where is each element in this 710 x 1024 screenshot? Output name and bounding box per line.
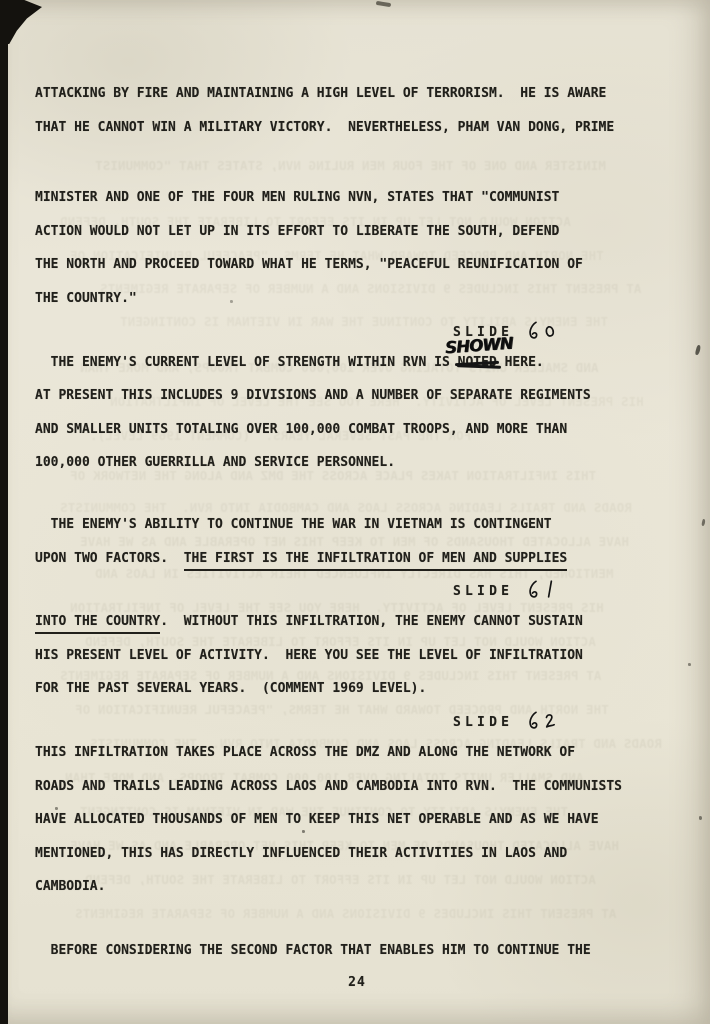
typed-text: THE COUNTRY." [35,291,137,306]
paragraph: THIS INFILTRATION TAKES PLACE ACROSS THE… [35,745,635,913]
typed-text: THE NORTH AND PROCEED TOWARD WHAT HE TER… [35,257,583,272]
typed-text: THAT HE CANNOT WIN A MILITARY VICTORY. N… [35,120,614,135]
typed-text: UPON TWO FACTORS. [35,551,184,566]
typed-text: . WITHOUT THIS INFILTRATION, THE ENEMY C… [160,614,583,629]
handwritten-slide-number [525,315,560,345]
text-line: ROADS AND TRAILS LEADING ACROSS LAOS AND… [35,779,635,813]
typed-text: HAVE ALLOCATED THOUSANDS OF MEN TO KEEP … [35,812,599,827]
text-line: 100,000 OTHER GUERRILLA AND SERVICE PERS… [35,455,635,489]
typed-text: ACTION WOULD NOT LET UP IN ITS EFFORT TO… [35,224,559,239]
typed-text: HERE. [497,355,544,370]
text-line: AT PRESENT THIS INCLUDES 9 DIVISIONS AND… [35,388,635,422]
typed-text: CAMBODIA. [35,879,105,894]
text-line: AND SMALLER UNITS TOTALING OVER 100,000 … [35,422,635,456]
typed-text: THIS INFILTRATION TAKES PLACE ACROSS THE… [35,745,575,760]
slide-annotation: SLIDE [35,707,635,745]
text-line: HAVE ALLOCATED THOUSANDS OF MEN TO KEEP … [35,812,635,846]
handwritten-digit [541,705,560,734]
text-line: ATTACKING BY FIRE AND MAINTAINING A HIGH… [35,86,635,120]
text-line: INTO THE COUNTRY. WITHOUT THIS INFILTRAT… [35,614,635,648]
paragraph: THE ENEMY'S ABILITY TO CONTINUE THE WAR … [35,517,635,584]
text-line: THE ENEMY'S ABILITY TO CONTINUE THE WAR … [35,517,635,551]
typewritten-text-block: ATTACKING BY FIRE AND MAINTAINING A HIGH… [35,86,635,976]
typed-text: ROADS AND TRAILS LEADING ACROSS LAOS AND… [35,779,622,794]
typed-text: HIS PRESENT LEVEL OF ACTIVITY. HERE YOU … [35,648,583,663]
stray-pen-mark [230,300,233,303]
blank-line [35,913,635,943]
text-line: CAMBODIA. [35,879,635,913]
text-line: ACTION WOULD NOT LET UP IN ITS EFFORT TO… [35,224,635,258]
typed-text: THE ENEMY'S CURRENT LEVEL OF STRENGTH WI… [35,355,458,370]
underlined-text: INTO THE COUNTRY [35,614,160,634]
typed-text: MENTIONED, THIS HAS DIRECTLY INFLUENCED … [35,846,567,861]
text-line: MENTIONED, THIS HAS DIRECTLY INFLUENCED … [35,846,635,880]
slide-label: SLIDE [453,584,513,599]
stray-pen-mark [688,663,691,666]
slide-annotation: SLIDE [35,576,635,614]
paragraph: ATTACKING BY FIRE AND MAINTAINING A HIGH… [35,86,635,153]
typed-text: ATTACKING BY FIRE AND MAINTAINING A HIGH… [35,86,606,101]
stray-pen-mark [302,830,305,833]
typed-text: BEFORE CONSIDERING THE SECOND FACTOR THA… [35,943,591,958]
scanned-document-page: MINISTER AND ONE OF THE FOUR MEN RULING … [0,0,710,1024]
text-line: HIS PRESENT LEVEL OF ACTIVITY. HERE YOU … [35,648,635,682]
stray-pen-mark [695,345,701,356]
text-line: THIS INFILTRATION TAKES PLACE ACROSS THE… [35,745,635,779]
paragraph: BEFORE CONSIDERING THE SECOND FACTOR THA… [35,943,635,977]
blank-line [35,153,635,190]
typed-text: 100,000 OTHER GUERRILLA AND SERVICE PERS… [35,455,395,470]
typed-text: THE ENEMY'S ABILITY TO CONTINUE THE WAR … [35,517,552,532]
underlined-text: THE FIRST IS THE INFILTRATION OF MEN AND… [184,551,568,571]
blank-line [35,489,635,517]
stray-pen-mark [701,519,705,526]
slide-annotation: SLIDE [35,317,635,355]
text-line: THAT HE CANNOT WIN A MILITARY VICTORY. N… [35,120,635,154]
struck-word: NOTEDSHOWN [458,355,497,371]
stray-pen-mark [55,807,58,810]
paragraph: INTO THE COUNTRY. WITHOUT THIS INFILTRAT… [35,614,635,715]
text-line: THE ENEMY'S CURRENT LEVEL OF STRENGTH WI… [35,355,635,389]
text-line: MINISTER AND ONE OF THE FOUR MEN RULING … [35,190,635,224]
handwritten-digit [541,575,560,604]
page-number: 24 [35,975,657,990]
paragraph: THE ENEMY'S CURRENT LEVEL OF STRENGTH WI… [35,355,635,489]
scan-edge-left [0,0,8,1024]
text-line: BEFORE CONSIDERING THE SECOND FACTOR THA… [35,943,635,977]
paragraph: MINISTER AND ONE OF THE FOUR MEN RULING … [35,190,635,324]
typed-text: AT PRESENT THIS INCLUDES 9 DIVISIONS AND… [35,388,591,403]
typed-text: MINISTER AND ONE OF THE FOUR MEN RULING … [35,190,559,205]
scan-top-mark [376,1,391,7]
text-line: THE NORTH AND PROCEED TOWARD WHAT HE TER… [35,257,635,291]
handwritten-slide-number [525,705,560,735]
scan-corner-mark [0,0,42,44]
typed-text: NOTED [458,355,497,370]
typed-text: AND SMALLER UNITS TOTALING OVER 100,000 … [35,422,567,437]
stray-pen-mark [699,816,702,820]
slide-label: SLIDE [453,715,513,730]
handwritten-correction: SHOWN [444,335,513,356]
handwritten-slide-number [525,575,560,605]
handwritten-digit [541,315,560,344]
typed-text: FOR THE PAST SEVERAL YEARS. (COMMENT 196… [35,681,426,696]
